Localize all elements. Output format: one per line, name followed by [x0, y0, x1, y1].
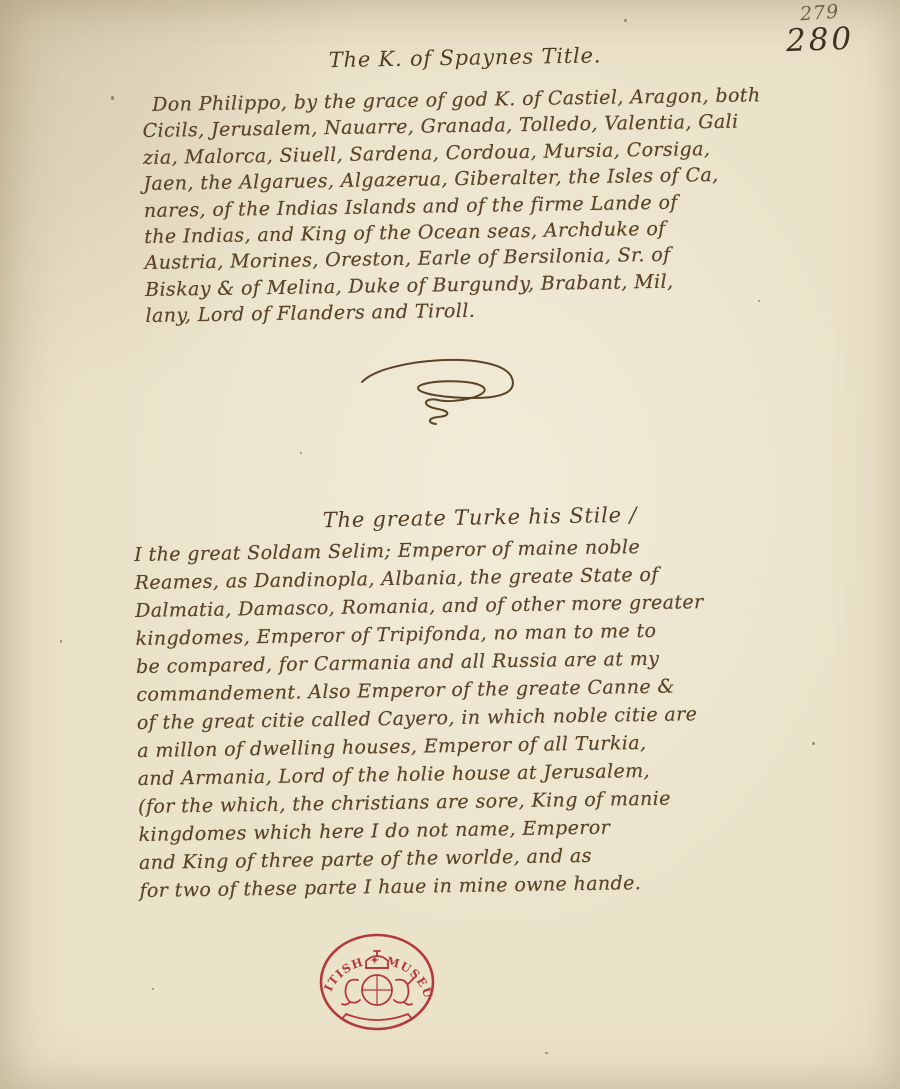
paper-speck [758, 300, 760, 302]
turke-section-title: The greate Turke his Stile / [0, 498, 900, 538]
paper-speck [545, 1052, 548, 1054]
british-museum-stamp: BRITISH ✦ MUSEUM [316, 930, 438, 1042]
paper-speck [152, 988, 154, 990]
spain-section-paragraph: Don Philippo, by the grace of god K. of … [142, 83, 721, 330]
paper-speck [111, 96, 114, 100]
turke-section-paragraph: I the great Soldam Selim; Emperor of mai… [134, 532, 730, 905]
paper-speck [624, 19, 627, 22]
paper-speck [60, 640, 62, 643]
paper-speck [812, 742, 815, 745]
manuscript-page: 279 280 The K. of Spaynes Title. Don Phi… [0, 0, 900, 1089]
paper-speck [300, 452, 302, 454]
spain-section-title: The K. of Spaynes Title. [0, 38, 900, 78]
spiral-flourish [356, 350, 524, 428]
